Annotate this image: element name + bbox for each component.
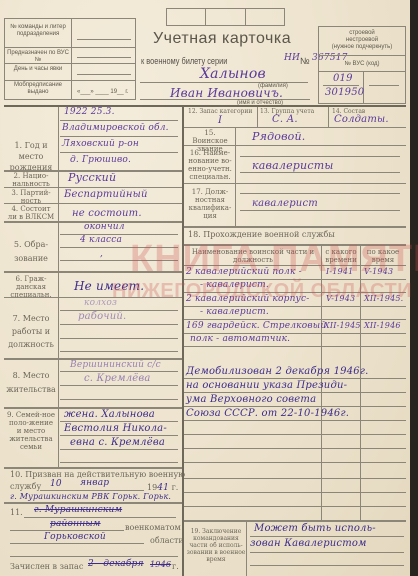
item-11-line-1: г. Мурашкинским [34, 505, 122, 515]
conclusion-line-2: зован Кавалеристом [250, 538, 367, 549]
field-7-label: 7. Место работы и должность [6, 312, 56, 351]
party-value: Беспартийный [64, 189, 148, 200]
conclusion-label: 19. Заключение командования части об исп… [186, 528, 246, 563]
type-hint: (нужное подчеркнуть) [319, 44, 405, 51]
service-row-3-from: V-1943 [326, 294, 355, 303]
family-line-3: евна с. Кремлёва [70, 437, 165, 448]
draft-year: 1941 г. [147, 484, 178, 492]
ticket-number-label: № [300, 56, 310, 66]
vus-code-1: 019 [333, 73, 353, 84]
region-value: Горьковской [44, 532, 106, 542]
demob-line-3: ума Верховного совета [186, 394, 316, 405]
service-row-6-unit: полк - автоматчик. [190, 334, 290, 344]
reserve-label: Зачислен в запас [10, 563, 83, 571]
work-line-1: колхоз [84, 298, 117, 308]
top-code-box [166, 8, 285, 26]
service-row-1-from: I-1941 [326, 267, 353, 276]
group-value: С. А. [272, 114, 298, 125]
field-1-label: 1. Год и место рождения [6, 140, 56, 173]
region-label: области [150, 537, 184, 545]
family-line-1: жена. Халынова [64, 409, 155, 420]
item-11-line-2: районным [50, 519, 101, 529]
header-left-box: № команды и литер подразделения Предназн… [4, 18, 136, 100]
registration-card: № команды и литер подразделения Предназн… [0, 0, 410, 576]
ticket-label: к военному билету серии [141, 56, 227, 66]
reserve-year: 1946 [150, 560, 171, 569]
birth-village: д. Грюшиво. [70, 155, 131, 165]
ticket-series: НИ [284, 53, 300, 63]
birth-region: Владимировской обл. [62, 123, 169, 133]
reserve-suffix: г. [172, 563, 179, 571]
demob-line-1: Демобилизован 2 декабря 1946г. [186, 366, 368, 377]
service-row-5-to: XII-1946 [364, 321, 401, 330]
education-line-3: , [100, 249, 103, 259]
service-row-5-unit: 169 гвардейск. Стрелковый [186, 321, 326, 331]
type-combat: строевой [319, 30, 405, 37]
surname-value: Халынов [200, 66, 266, 82]
draft-day: 10 [50, 479, 62, 489]
card-title: Учетная карточка [153, 30, 291, 48]
vus-label: Предназначен по ВУС № [6, 50, 70, 64]
draft-month: январ [80, 478, 109, 488]
qualification-label: 17. Долж-ностная квалифика-ция [186, 188, 234, 220]
specialty-label: 16. Наиме-нование во-енно-учетн. специал… [186, 149, 234, 181]
field-2-label: 2. Нацио-нальность [6, 172, 56, 188]
komsomol-value: не состоит. [72, 208, 142, 219]
service-row-1-to: V-1943 [364, 267, 393, 276]
education-line-2: 4 класса [80, 235, 122, 245]
birth-year: 1922 25.3. [64, 107, 115, 117]
service-col-from: с какого времени [322, 248, 360, 264]
field-6-label: 6. Граж-данская специальн. [6, 275, 56, 299]
education-line-1: окончил [84, 222, 125, 232]
vus-code-2: 301950 [325, 87, 364, 98]
service-row-5-from: XII-1945 [324, 321, 361, 330]
residence-line-1: Вершининский с/с [70, 360, 161, 370]
specialty-value: кавалеристы [252, 159, 333, 172]
rank-value: Рядовой. [252, 130, 306, 143]
reserve-date: 2 - декабря [88, 559, 144, 569]
mob-label: Мобпредписание выдано [6, 82, 70, 96]
command-label: № команды и литер подразделения [6, 24, 70, 38]
work-line-2: рабочий. [78, 311, 126, 322]
qualification-value: кавалерист [252, 198, 318, 209]
service-row-3-unit: 2 кавалерийский корпус- [186, 294, 309, 304]
reserve-category-value: I [218, 115, 222, 126]
field-4-label: 4. Состоит ли в ВЛКСМ [6, 205, 56, 221]
vus-code-label: № ВУС (код) [319, 61, 405, 68]
commissariat-label: военкоматом [125, 524, 181, 532]
type-noncombat: нестроевой [319, 37, 405, 44]
demob-line-2: на основании указа Президи- [186, 380, 347, 391]
service-title: 18. Прохождение военной службы [188, 231, 335, 239]
birth-district: Ляховский р-он [62, 139, 139, 149]
service-col-unit: Наименование воинской части и должность [186, 248, 320, 264]
service-row-3-to: XII-1945. [364, 294, 403, 303]
name-value: Иван Ивановичъ. [170, 86, 283, 100]
day-hours-label: День и часы явки [6, 66, 70, 73]
draft-service-label: службу [10, 483, 41, 491]
mob-date-field: «___» ____ 19__ г. [77, 89, 129, 96]
composition-value: Солдаты. [334, 114, 389, 125]
nationality-value: Русский [68, 171, 116, 184]
header-right-box: строевой нестроевой (нужное подчеркнуть)… [318, 26, 406, 104]
field-8-label: 8. Место жительства [6, 369, 56, 397]
item-11-num: 11. [10, 509, 23, 517]
draft-by: г. Мурашкинским РВК Горьк. Горьк. [10, 492, 171, 501]
conclusion-line-1: Может быть исполь- [254, 523, 376, 534]
family-line-2: Евстолия Никола- [64, 423, 167, 434]
service-row-1-unit: 2 кавалерийский полк - [186, 267, 302, 277]
field-5-label: 5. Обра-зование [6, 238, 56, 266]
service-row-4-unit: - кавалерист. [200, 307, 269, 317]
civil-specialty-value: Не имеет. [74, 279, 144, 293]
service-col-to: по какое время [361, 248, 405, 264]
field-9-label: 9. Семей-ное поло-жение и место жительст… [6, 411, 56, 451]
service-row-2-unit: - кавалерист. [200, 280, 269, 290]
demob-line-4: Союза СССР. от 22-10-1946г. [186, 408, 349, 419]
residence-line-2: с. Кремлёва [84, 373, 151, 384]
